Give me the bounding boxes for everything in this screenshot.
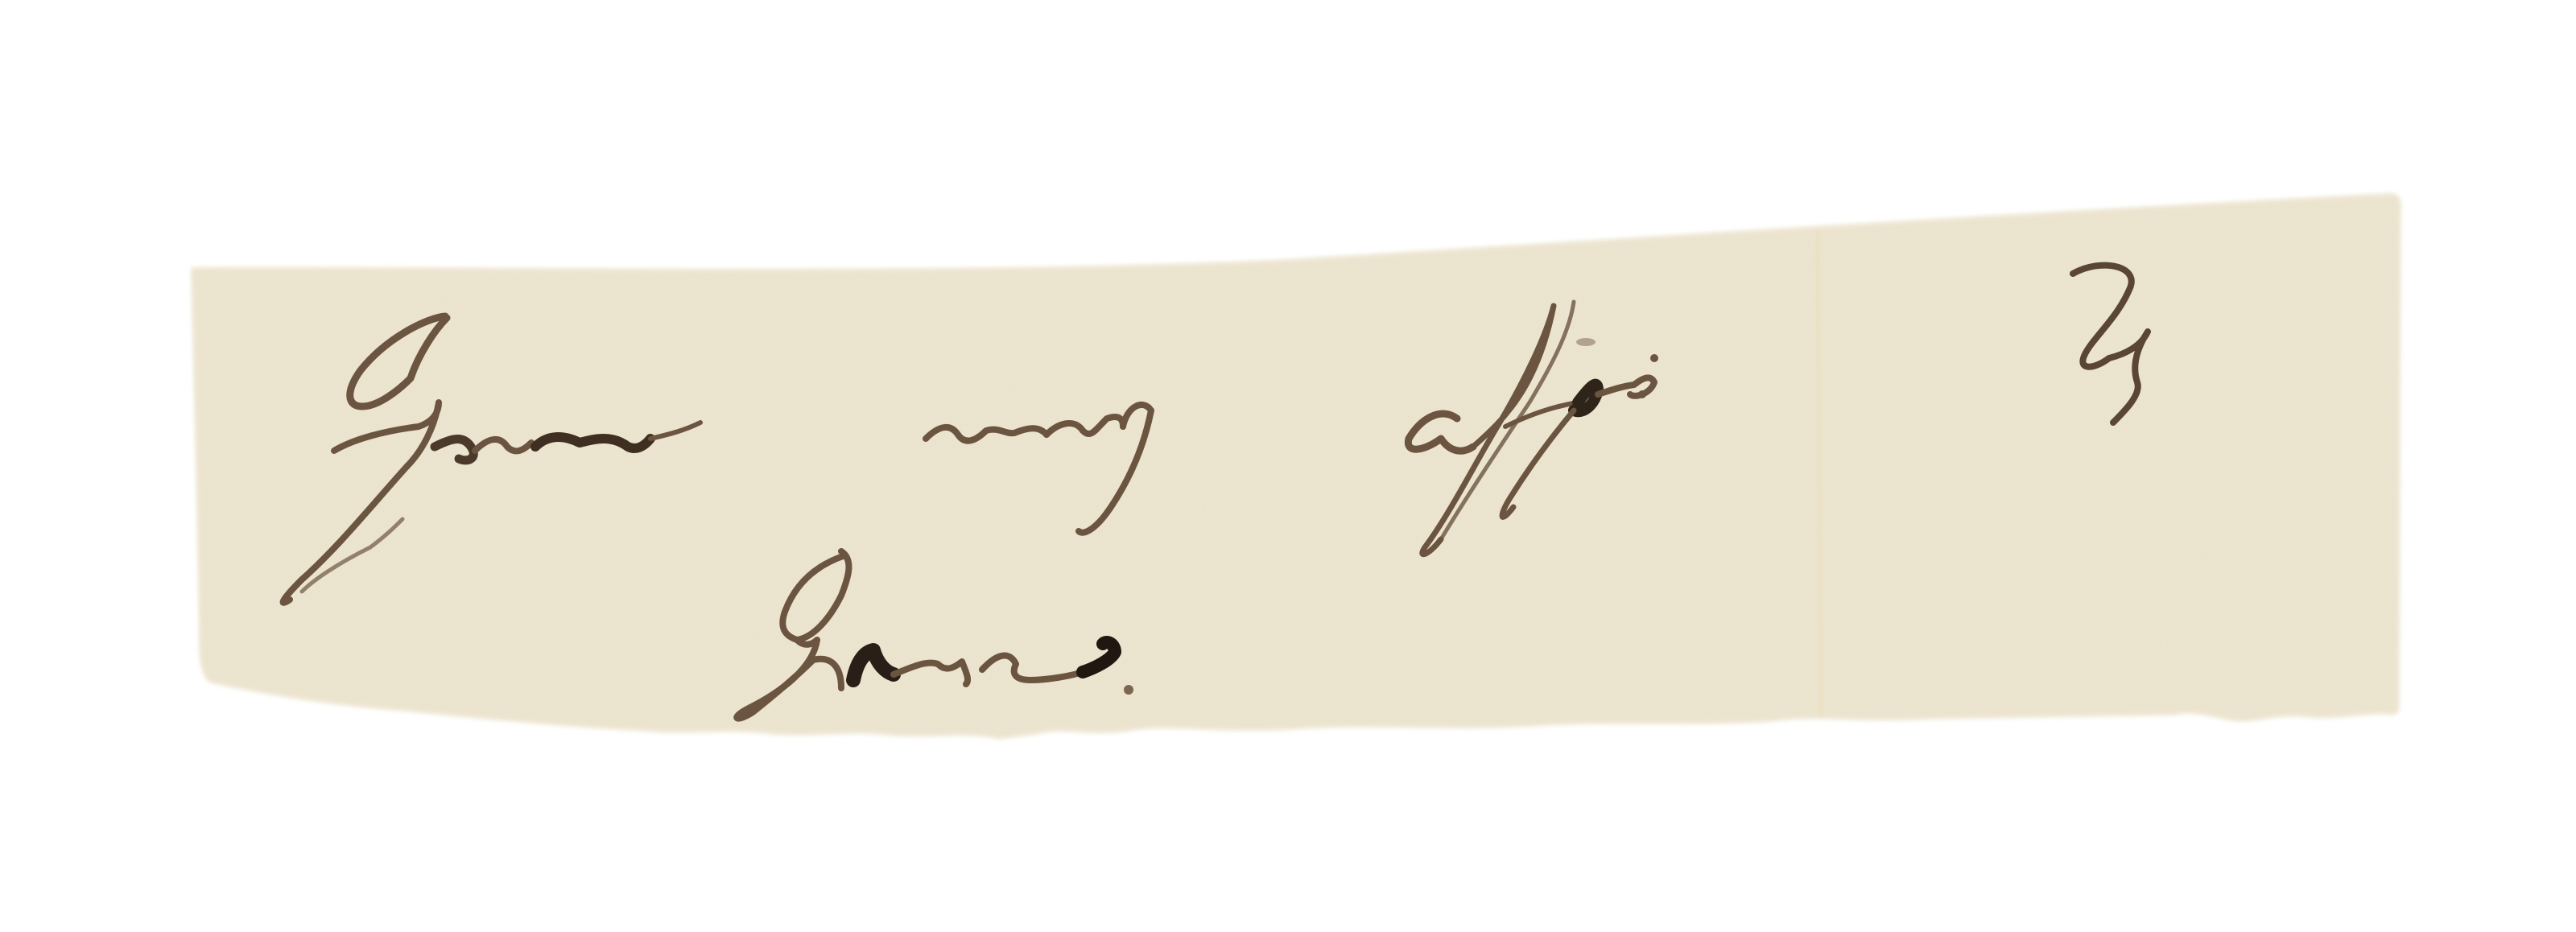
document-photo: Yours very affec: ly Jane. [0,0,2576,932]
paper-fragment [0,0,2576,932]
